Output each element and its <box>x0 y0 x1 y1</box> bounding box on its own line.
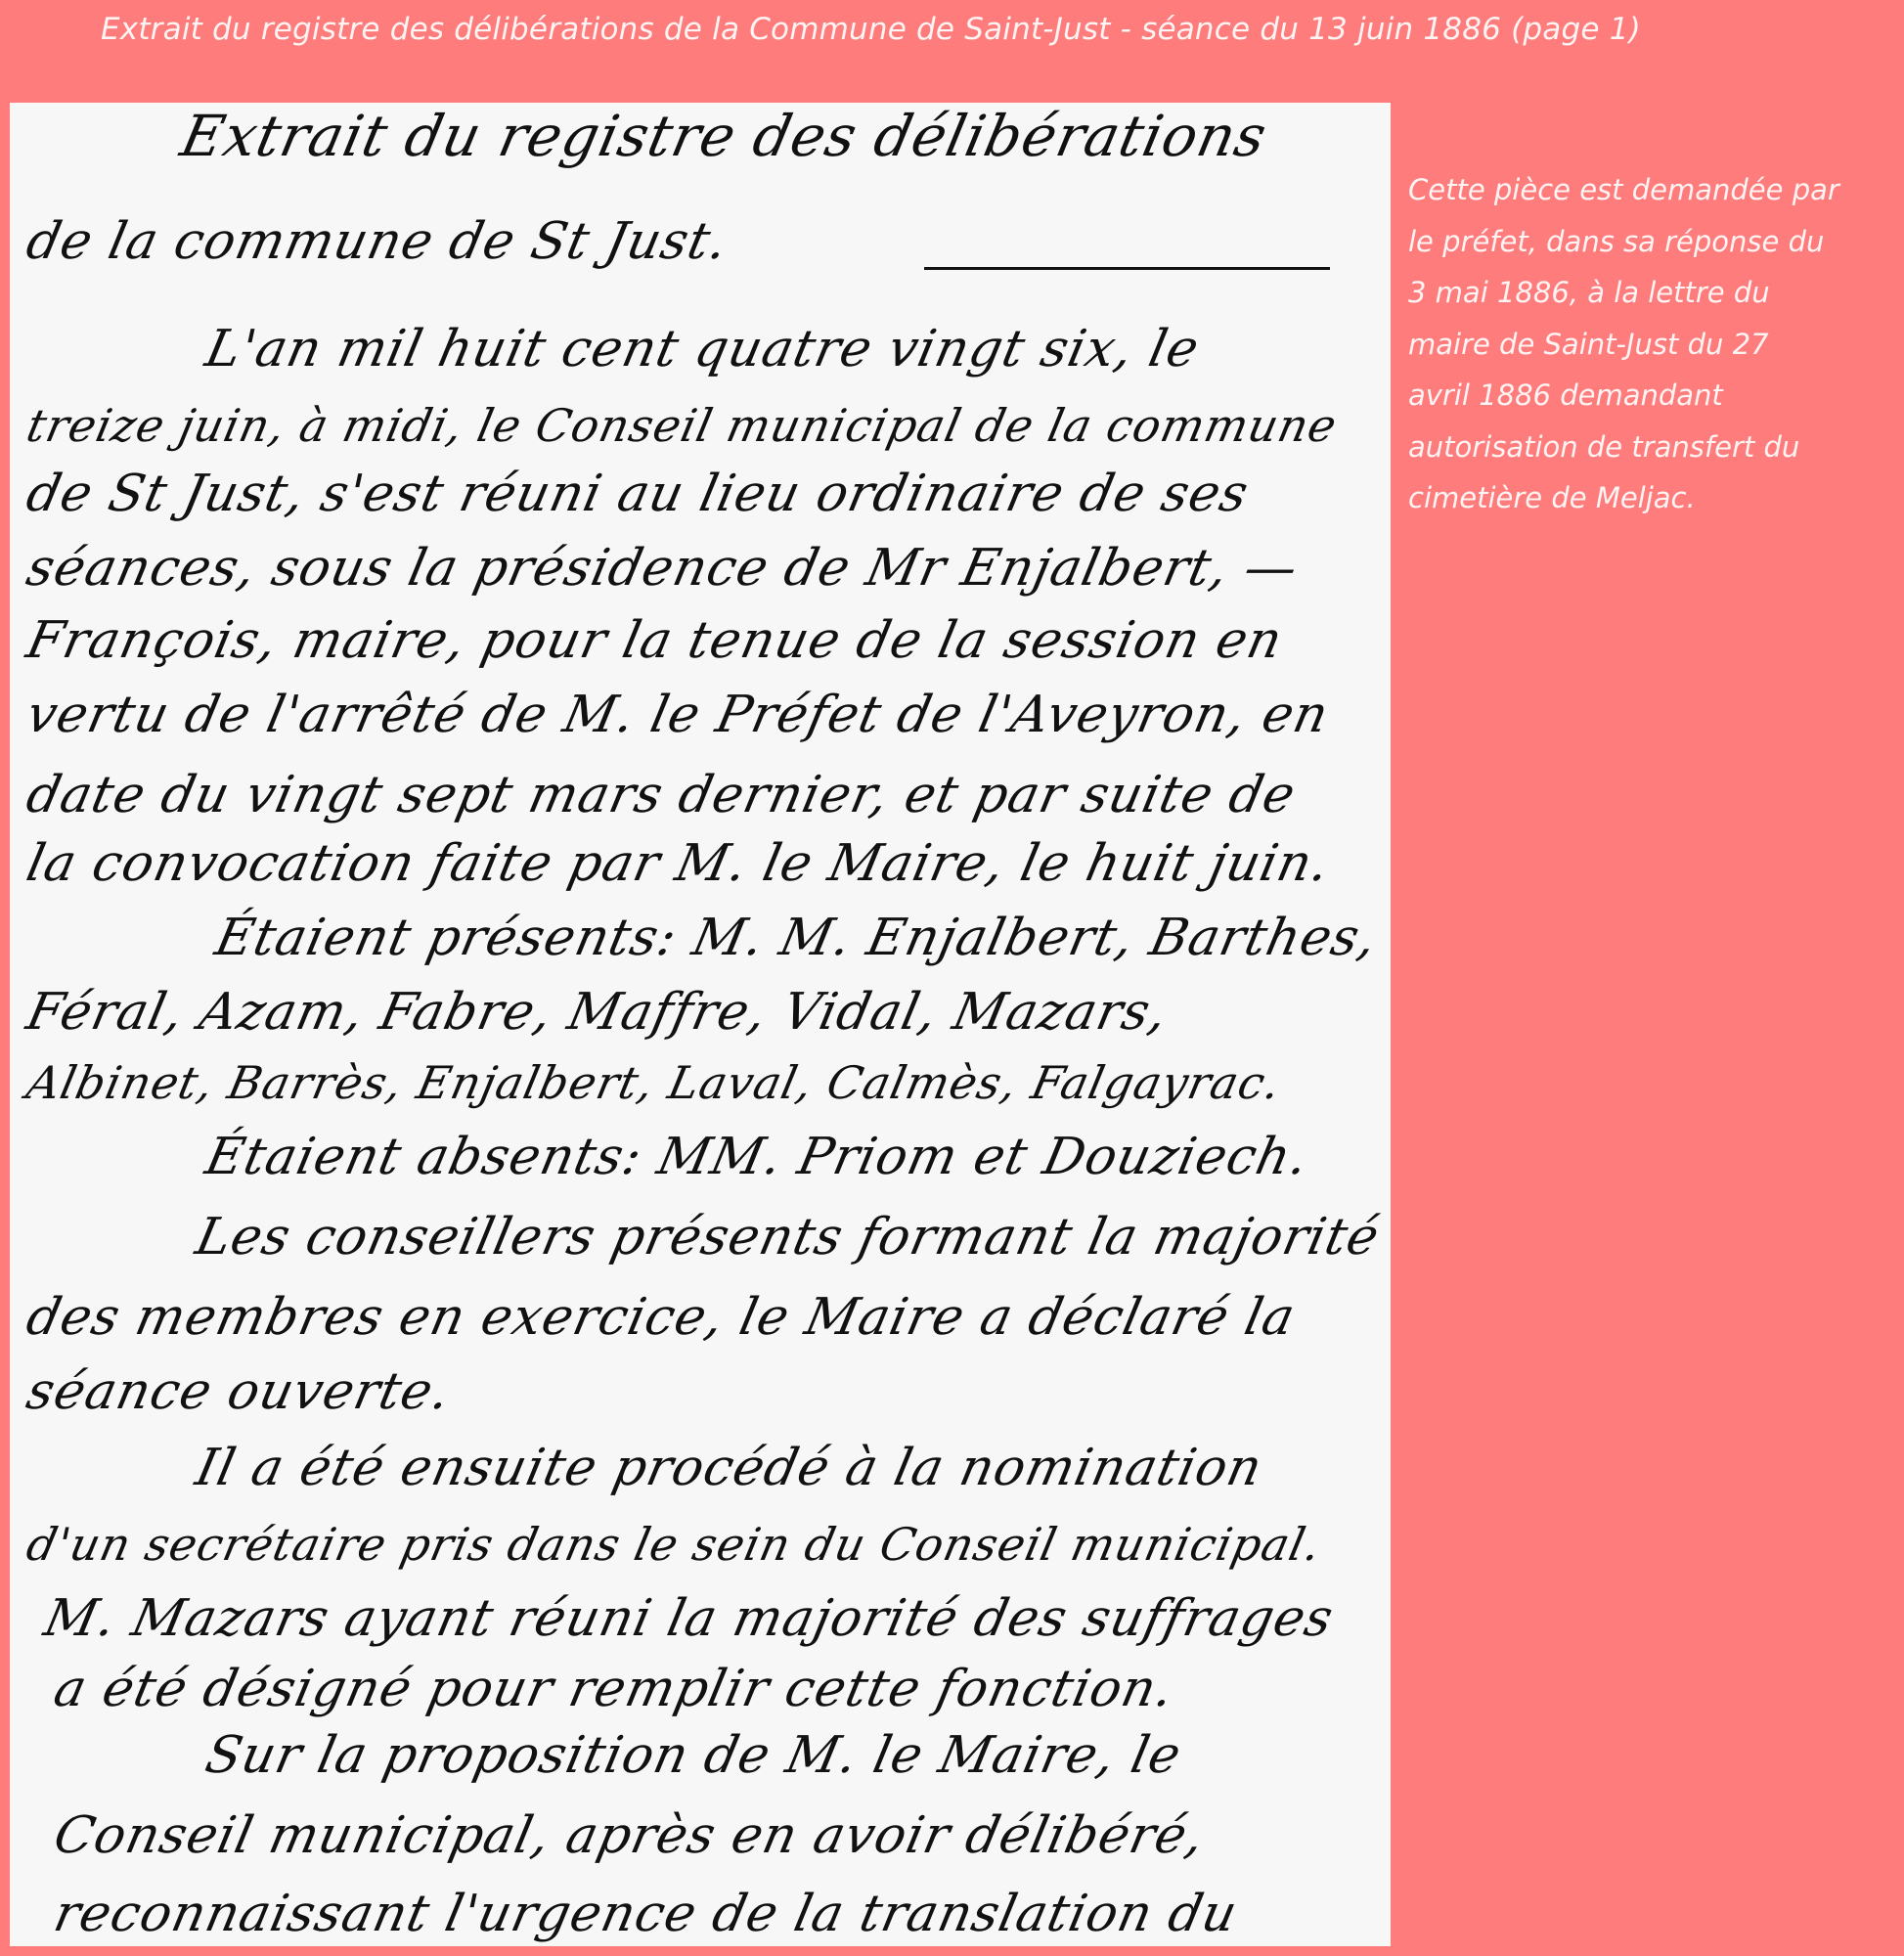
document-line: d'un secrétaire pris dans le sein du Con… <box>22 1515 1327 1574</box>
document-line: Étaient absents: MM. Priom et Douziech. <box>200 1128 1314 1186</box>
document-line: François, maire, pour la tenue de la ses… <box>22 611 1288 670</box>
side-note-line: Cette pièce est demandée par <box>1408 164 1897 216</box>
document-line: Les conseillers présents formant la majo… <box>191 1208 1385 1267</box>
document-line: de la commune de St Just. <box>22 212 733 271</box>
document-line: L'an mil huit cent quatre vingt six, le <box>200 320 1205 378</box>
document-line: de St Just, s'est réuni au lieu ordinair… <box>22 465 1254 523</box>
side-note: Cette pièce est demandée par le préfet, … <box>1408 164 1897 524</box>
document-line: Conseil municipal, après en avoir délibé… <box>49 1806 1210 1865</box>
handwritten-document-scan: Extrait du registre des délibérations de… <box>10 103 1391 1946</box>
document-line: Sur la proposition de M. le Maire, le <box>200 1726 1186 1785</box>
document-line: M. Mazars ayant réuni la majorité des su… <box>39 1589 1339 1648</box>
document-line: séance ouverte. <box>22 1362 456 1421</box>
document-line: la convocation faite par M. le Maire, le… <box>22 834 1335 893</box>
document-line: Il a été ensuite procédé à la nomination <box>191 1439 1267 1497</box>
side-note-line: avril 1886 demandant <box>1408 370 1897 422</box>
side-note-line: autorisation de transfert du <box>1408 422 1897 473</box>
document-line: Albinet, Barrès, Enjalbert, Laval, Calmè… <box>22 1053 1287 1112</box>
document-line: date du vingt sept mars dernier, et par … <box>22 766 1301 824</box>
side-note-line: le préfet, dans sa réponse du <box>1408 216 1897 268</box>
document-line: séances, sous la présidence de Mr Enjalb… <box>22 539 1304 598</box>
document-line: Étaient présents: M. M. Enjalbert, Barth… <box>210 909 1383 967</box>
document-line: des membres en exercice, le Maire a décl… <box>22 1288 1301 1347</box>
document-line: Féral, Azam, Fabre, Maffre, Vidal, Mazar… <box>22 983 1173 1042</box>
title-underline <box>924 267 1330 270</box>
document-line: reconnaissant l'urgence de la translatio… <box>49 1885 1243 1943</box>
page-title: Extrait du registre des délibérations de… <box>101 8 1822 51</box>
document-line: a été désigné pour remplir cette fonctio… <box>49 1660 1179 1718</box>
side-note-line: cimetière de Meljac. <box>1408 472 1897 524</box>
document-line: Extrait du registre des délibérations <box>176 107 1272 165</box>
side-note-line: maire de Saint-Just du 27 <box>1408 319 1897 371</box>
document-line: vertu de l'arrêté de M. le Préfet de l'A… <box>22 686 1334 744</box>
side-note-line: 3 mai 1886, à la lettre du <box>1408 267 1897 319</box>
document-line: treize juin, à midi, le Conseil municipa… <box>22 396 1343 455</box>
